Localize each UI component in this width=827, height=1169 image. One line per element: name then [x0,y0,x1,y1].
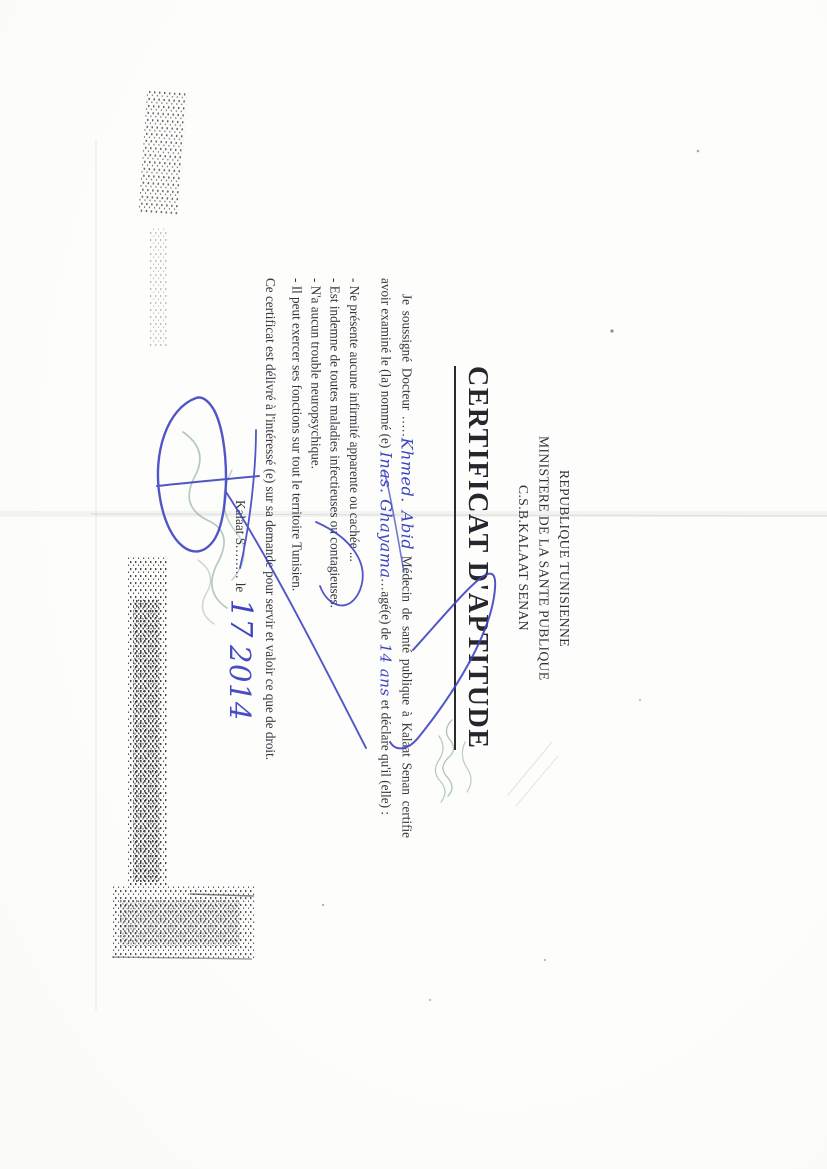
statement-item: - N'a aucun trouble neuropsychique. [307,278,324,838]
statement-dash: - [347,278,362,282]
age-handwriting: 14 ans [377,643,395,696]
statement-text: Ne présente aucune infirmité apparente o… [347,286,362,562]
doctor-name-handwriting: Khmed. Abid [397,438,416,550]
statement-dash: - [309,278,324,282]
intro-text-4: et déclare qu'il (elle) : [379,700,394,815]
dotted-leader-2: ... [379,579,394,592]
statement-item: - Il peut exercer ses fonctions sur tout… [288,278,305,838]
header-line-center: C.S.B.KALAAT SENAN [513,278,533,838]
document-header: REPUBLIQUE TUNISIENNE MINISTERE DE LA SA… [513,278,574,838]
intro-paragraph: Je soussigné Docteur .....Khmed. Abid Mé… [375,278,417,838]
statement-text: N'a aucun trouble neuropsychique. [309,286,324,469]
rotated-document: REPUBLIQUE TUNISIENNE MINISTERE DE LA SA… [68,278,682,838]
header-line-ministry: MINISTERE DE LA SANTE PUBLIQUE [533,278,553,838]
date-line: Kalaat S........ le 17 2014 [227,278,254,838]
intro-text-3: agé(e) de [379,591,394,640]
intro-text-1: Je soussigné Docteur [399,294,414,410]
certificate-title: CERTIFICAT D'APTITUDE [458,278,494,838]
statement-text: Est indemne de toutes maladies infectieu… [328,286,343,608]
date-place: Kalaat S [233,500,248,545]
date-dotted-leader: ........ [233,545,248,579]
statement-item: - Est indemne de toutes maladies infecti… [327,278,344,838]
patient-name-handwriting: Inas. Ghayama [377,452,396,579]
statement-dash: - [289,278,304,282]
statement-list: - Ne présente aucune infirmité apparente… [288,278,363,838]
scanned-certificate-page: REPUBLIQUE TUNISIENNE MINISTERE DE LA SA… [0,0,827,1169]
statement-item: - Ne présente aucune infirmité apparente… [346,278,363,838]
header-line-republic: REPUBLIQUE TUNISIENNE [554,278,574,838]
date-le: le [233,583,248,593]
dotted-leader-1: ..... [399,416,414,437]
statement-dash: - [328,278,343,282]
closing-paragraph: Ce certificat est délivré à l'intéressé … [262,278,279,838]
day-handwriting: 17 [223,599,258,638]
statement-text: Il peut exercer ses fonctions sur tout l… [289,286,304,591]
year-handwriting: 2014 [223,645,257,721]
